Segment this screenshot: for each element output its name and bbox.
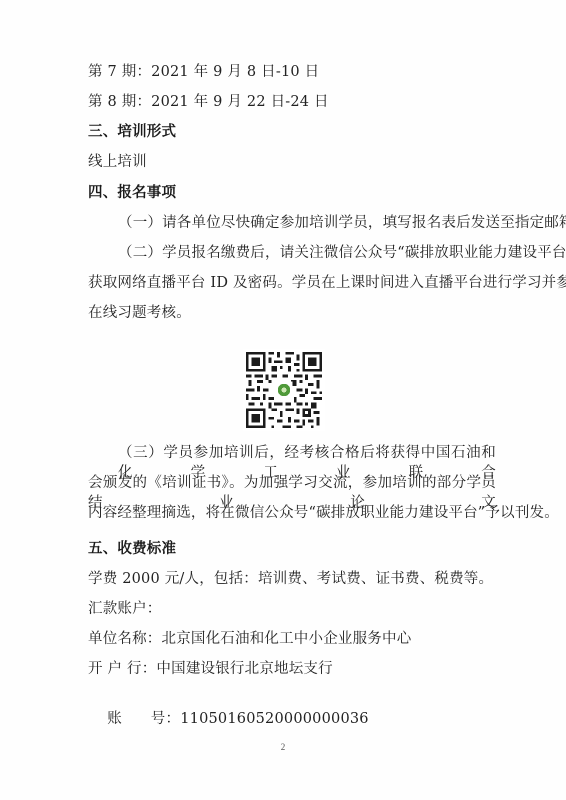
- document-page: 第 7 期：2021 年 9 月 8 日-10 日 第 8 期：2021 年 9…: [0, 0, 566, 800]
- section-4-item-2-line-3: 在线习题考核。: [88, 303, 496, 323]
- account-name-row: 单位名称：北京国化石油和化工中小企业服务中心: [88, 629, 496, 649]
- section-4-item-3-line-3: 内容经整理摘选，将在微信公众号“碳排放职业能力建设平台”予以刊发。: [88, 503, 496, 523]
- account-name-value: 北京国化石油和化工中小企业服务中心: [162, 631, 412, 647]
- section-4-item-2-line-1: （二）学员报名缴费后，请关注微信公众号“碳排放职业能力建设平台”，: [118, 243, 496, 263]
- account-number-label: 账 号：: [107, 711, 180, 727]
- section-4-item-2-line-2: 获取网络直播平台 ID 及密码。学员在上课时间进入直播平台进行学习并参加: [88, 273, 496, 293]
- remittance-label: 汇款账户：: [88, 599, 496, 619]
- schedule-session-8: 第 8 期：2021 年 9 月 22 日-24 日: [88, 92, 496, 112]
- section-3-body: 线上培训: [88, 152, 496, 172]
- account-name-label: 单位名称：: [88, 631, 162, 647]
- schedule-session-7: 第 7 期：2021 年 9 月 8 日-10 日: [88, 62, 496, 82]
- fee-description: 学费 2000 元/人，包括：培训费、考试费、证书费、税费等。: [88, 569, 496, 589]
- section-4-item-1: （一）请各单位尽快确定参加培训学员，填写报名表后发送至指定邮箱。: [118, 213, 496, 233]
- account-number-value: 11050160520000000036: [180, 711, 369, 727]
- section-3-heading: 三、培训形式: [88, 122, 496, 142]
- qr-code-icon: [243, 349, 325, 431]
- section-4-heading: 四、报名事项: [88, 183, 496, 203]
- bank-row: 开 户 行：中国建设银行北京地坛支行: [88, 659, 496, 679]
- page-number: 2: [0, 742, 566, 752]
- bank-value: 中国建设银行北京地坛支行: [156, 661, 332, 677]
- section-5-heading: 五、收费标准: [88, 539, 496, 559]
- qr-code: [243, 349, 325, 431]
- account-number-row: 账 号：11050160520000000036: [88, 689, 496, 749]
- bank-label: 开 户 行：: [88, 661, 156, 677]
